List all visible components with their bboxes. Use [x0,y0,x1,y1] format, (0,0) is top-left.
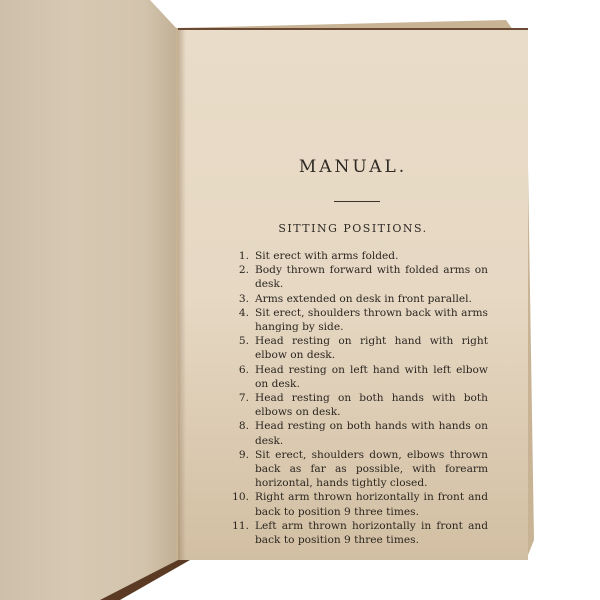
positions-list: 1.Sit erect with arms folded. 2.Body thr… [230,249,488,547]
item-text: Body thrown forward with folded arms on … [255,263,488,291]
list-item: 3.Arms extended on desk in front paralle… [230,292,488,306]
list-item: 1.Sit erect with arms folded. [230,249,488,263]
list-item: 4.Sit erect, shoulders thrown back with … [230,306,488,334]
item-text: Head resting on both hands with hands on… [255,419,488,447]
title-rule [334,201,380,202]
item-text: Head resting on both hands with both elb… [255,391,488,419]
list-item: 6.Head resting on left hand with left el… [230,363,488,391]
list-item: 11.Left arm thrown horizontally in front… [230,519,488,547]
item-number: 6. [230,363,249,377]
list-item: 10.Right arm thrown horizontally in fron… [230,490,488,518]
item-number: 9. [230,448,249,462]
item-text: Sit erect, shoulders down, elbows thrown… [255,448,488,491]
item-text: Sit erect, shoulders thrown back with ar… [255,306,488,334]
item-number: 11. [230,519,249,533]
list-item: 2.Body thrown forward with folded arms o… [230,263,488,291]
item-text: Left arm thrown horizontally in front an… [255,519,488,547]
page-title: MANUAL. [178,157,528,177]
section-heading: SITTING POSITIONS. [178,222,528,235]
item-number: 2. [230,263,249,277]
item-number: 10. [230,490,249,504]
item-number: 1. [230,249,249,263]
item-text: Right arm thrown horizontally in front a… [255,490,488,518]
item-text: Sit erect with arms folded. [255,249,488,263]
item-text: Head resting on right hand with right el… [255,334,488,362]
item-number: 3. [230,292,249,306]
item-number: 5. [230,334,249,348]
list-item: 9.Sit erect, shoulders down, elbows thro… [230,448,488,491]
item-text: Head resting on left hand with left elbo… [255,363,488,391]
gutter-shadow [178,30,186,560]
item-text: Arms extended on desk in front parallel. [255,292,488,306]
list-item: 7.Head resting on both hands with both e… [230,391,488,419]
list-item: 5.Head resting on right hand with right … [230,334,488,362]
list-item: 8.Head resting on both hands with hands … [230,419,488,447]
left-page [0,0,180,600]
item-number: 7. [230,391,249,405]
item-number: 8. [230,419,249,433]
item-number: 4. [230,306,249,320]
